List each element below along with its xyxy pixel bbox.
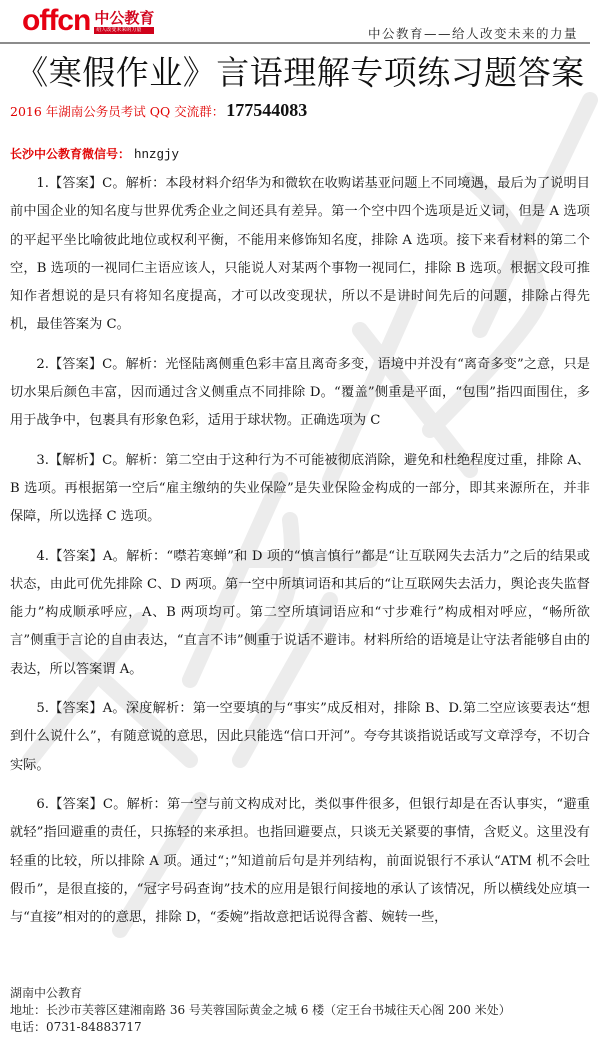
answer-paragraph-5: 5.【答案】A。深度解析：第一空要填的与“事实”成反相对，排除 B、D.第二空应… [10, 695, 590, 780]
qq-group-number: 177544083 [226, 100, 307, 121]
header-divider [0, 42, 590, 44]
wechat-label: 长沙中公教育微信号： [10, 147, 130, 161]
header-slogan: 中公教育——给人改变未来的力量 [368, 24, 578, 42]
answers-body: 1.【答案】C。解析：本段材料介绍华为和微软在收购诺基亚问题上不同境遇，最后为了… [10, 170, 590, 943]
answer-paragraph-4: 4.【答案】A。解析：“噤若寒蝉”和 D 项的“慎言慎行”都是“让互联网失去活力… [10, 543, 590, 684]
logo-cn-text: 中公教育 [94, 10, 154, 26]
qq-group-line: 2016 年湖南公务员考试 QQ 交流群： 177544083 [10, 100, 307, 121]
footer-org: 湖南中公教育 [10, 985, 511, 1002]
footer-phone: 电话：0731-84883717 [10, 1019, 511, 1036]
wechat-id: hnzgjy [134, 148, 179, 162]
wechat-line: 长沙中公教育微信号： hnzgjy [10, 145, 179, 162]
footer-address: 地址：长沙市芙蓉区建湘南路 36 号芙蓉国际黄金之城 6 楼（定王台书城往天心阁… [10, 1002, 511, 1019]
answer-paragraph-6: 6.【答案】C。解析：第一空与前文构成对比，类似事件很多，但银行却是在否认事实，… [10, 791, 590, 932]
page-header: offcn 中公教育 给人改变未来的力量 中公教育——给人改变未来的力量 [0, 0, 600, 46]
logo-subtitle: 给人改变未来的力量 [94, 27, 154, 34]
qq-group-label: 2016 年湖南公务员考试 QQ 交流群： [10, 102, 224, 120]
answer-paragraph-2: 2.【答案】C。解析：光怪陆离侧重色彩丰富且离奇多变，语境中并没有“离奇多变”之… [10, 351, 590, 436]
logo-cn-block: 中公教育 给人改变未来的力量 [94, 10, 154, 34]
offcn-logo: offcn 中公教育 给人改变未来的力量 [22, 8, 154, 34]
logo-latin-text: offcn [22, 8, 90, 34]
document-title: 《寒假作业》言语理解专项练习题答案 [0, 47, 600, 94]
answer-paragraph-1: 1.【答案】C。解析：本段材料介绍华为和微软在收购诺基亚问题上不同境遇，最后为了… [10, 170, 590, 340]
page-footer: 湖南中公教育 地址：长沙市芙蓉区建湘南路 36 号芙蓉国际黄金之城 6 楼（定王… [10, 985, 511, 1036]
answer-paragraph-3: 3.【解析】C。解析：第二空由于这种行为不可能被彻底消除，避免和杜绝程度过重，排… [10, 447, 590, 532]
